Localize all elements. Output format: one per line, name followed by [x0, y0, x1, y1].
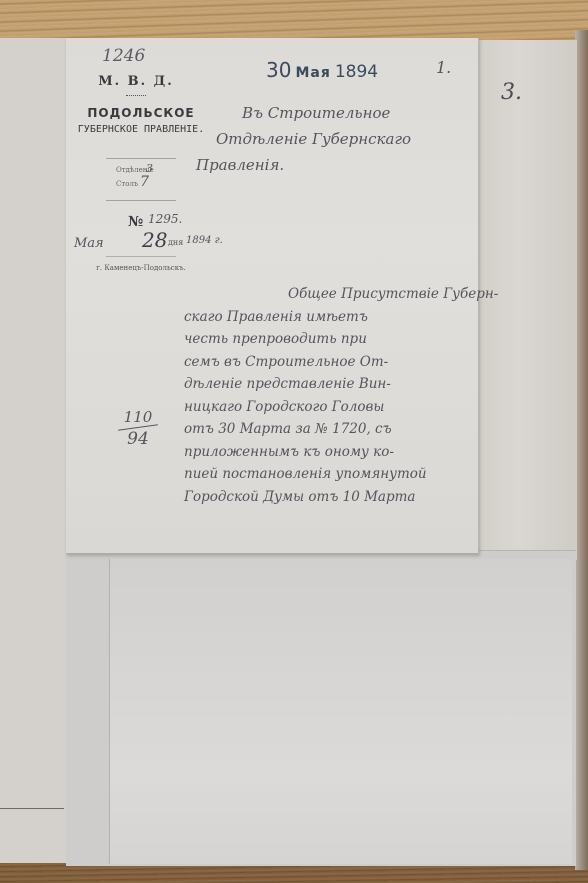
outgoing-number: 1295.: [148, 212, 182, 226]
addressee-line: Правленія.: [196, 152, 476, 178]
stamp-day: 30: [266, 58, 291, 82]
stamp-month: Мая: [295, 65, 330, 81]
body-line: семъ въ Строительное От-: [184, 351, 474, 374]
letter-body: Общее Присутствіе Губерн- скаго Правлені…: [184, 283, 474, 508]
page-fold-line: [0, 808, 64, 809]
body-line: Городской Думы отъ 10 Марта: [184, 486, 474, 509]
received-date-stamp: 30Мая1894: [266, 58, 378, 82]
city-line: г. Каменецъ-Подольскъ.: [66, 264, 216, 272]
letterhead-rule: [106, 256, 176, 257]
stamp-year: 1894: [335, 62, 378, 82]
date-year-label: дня: [168, 238, 183, 247]
ministry-heading: М. В. Д.: [66, 74, 206, 89]
office-heading-line2: ГУБЕРНСКОЕ ПРАВЛЕНІЕ.: [66, 124, 216, 135]
addressee-block: Въ Строительное Отдѣленіе Губернскаго Пр…: [216, 100, 476, 178]
body-line: честь препроводить при: [184, 328, 474, 351]
body-line: отъ 30 Марта за № 1720, съ: [184, 418, 474, 441]
underlying-page-stack: [66, 550, 576, 866]
body-line: дѣленіе представленіе Вин-: [184, 373, 474, 396]
addressee-line: Отдѣленіе Губернскаго: [216, 126, 476, 152]
sheet-number: 1.: [436, 58, 451, 77]
addressee-line: Въ Строительное: [216, 100, 476, 126]
letterhead-rule: [106, 200, 176, 201]
margin-note: 110 94: [118, 408, 158, 449]
body-line: ницкаго Городского Головы: [184, 396, 474, 419]
body-line: приложеннымъ къ оному ко-: [184, 441, 474, 464]
margin-note-numerator: 110: [118, 408, 158, 426]
letter-sheet: 1246 М. В. Д. ПОДОЛЬСКОЕ ГУБЕРНСКОЕ ПРАВ…: [66, 38, 479, 554]
body-line: Общее Присутствіе Губерн-: [184, 283, 474, 306]
desk-label: Столъ: [116, 180, 138, 188]
office-heading-line1: ПОДОЛЬСКОЕ: [66, 106, 216, 120]
left-file-page: [0, 38, 68, 863]
ornament-divider: [126, 95, 146, 98]
adjacent-page-number: 3.: [501, 80, 522, 105]
body-line: пией постановленія упомянутой: [184, 463, 474, 486]
date-month: Мая: [74, 236, 104, 251]
body-line: скаго Правленія имѣетъ: [184, 306, 474, 329]
underlying-blank-sheet: [109, 559, 572, 864]
desk-value: 7: [140, 174, 149, 190]
date-year: 1894 г.: [186, 235, 223, 246]
letterhead-rule: [106, 158, 176, 159]
date-day: 28: [142, 228, 167, 252]
margin-note-denominator: 94: [118, 429, 158, 449]
archive-number: 1246: [102, 46, 145, 66]
number-label: №: [128, 214, 143, 230]
